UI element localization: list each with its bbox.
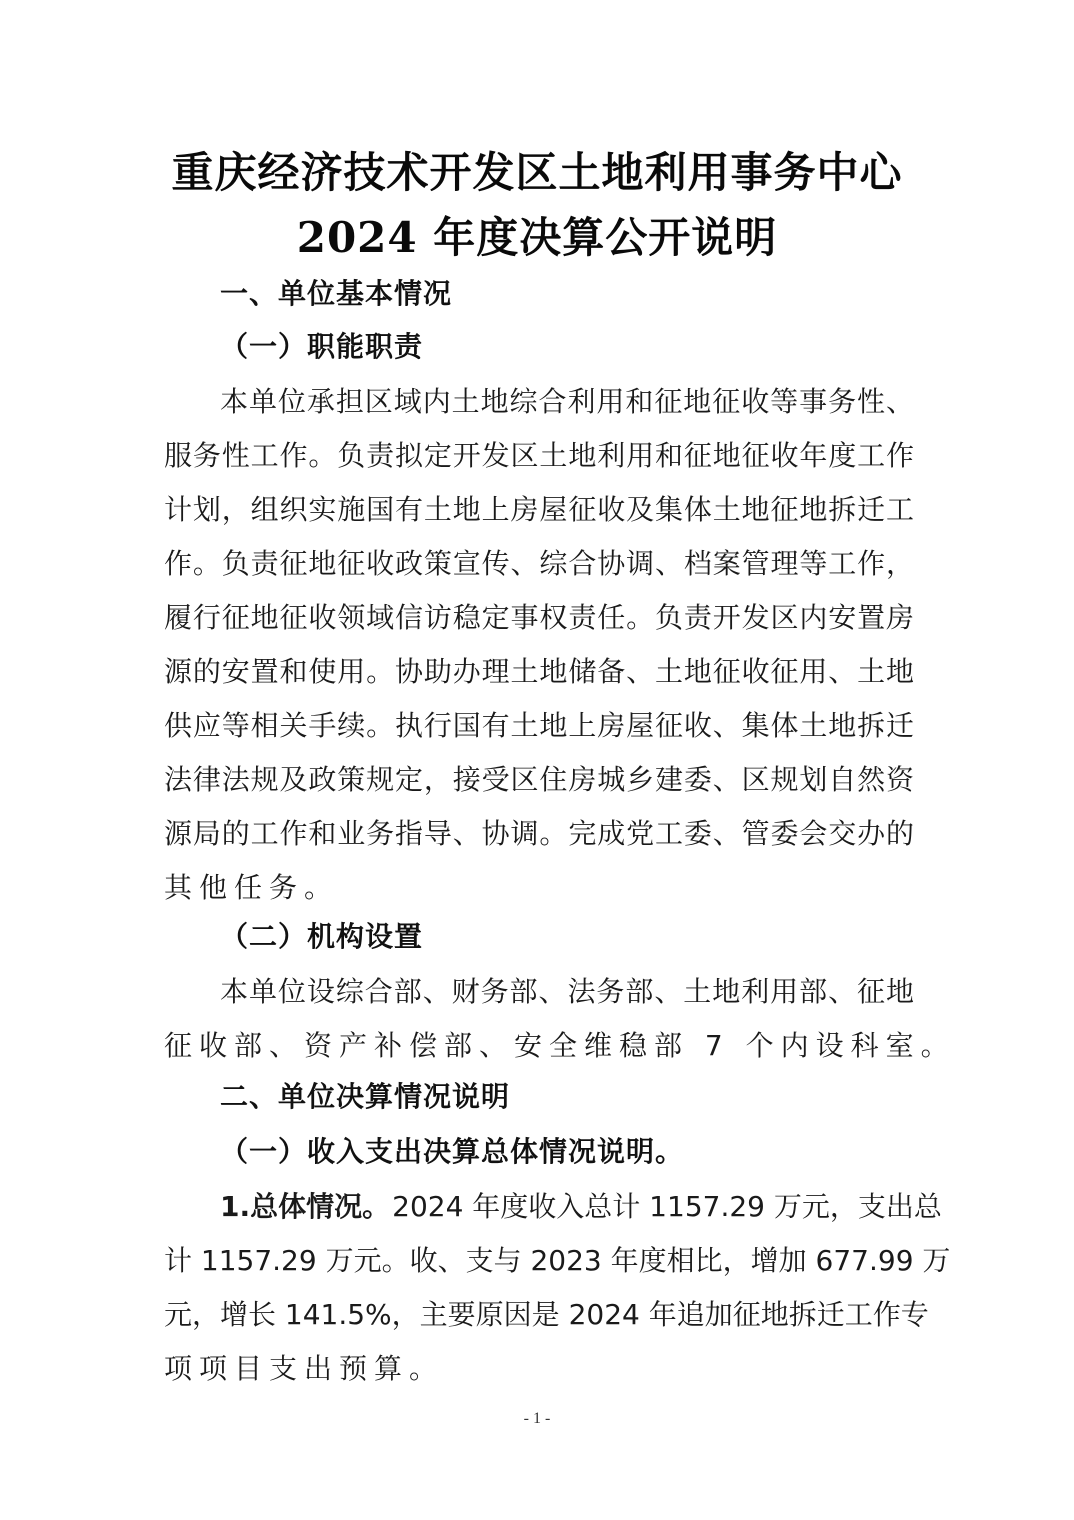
paragraph-line: 服务性工作。负责拟定开发区土地利用和征地征收年度工作	[164, 434, 914, 474]
document-title-line2: 2024 年度决算公开说明	[0, 205, 1074, 265]
paragraph-line: 其他任务。	[164, 866, 914, 906]
paragraph-line: 计 1157.29 万元。收、支与 2023 年度相比，增加 677.99 万	[164, 1239, 914, 1279]
subsection-heading-organization: （二）机构设置	[220, 915, 423, 955]
section-heading-final-accounts: 二、单位决算情况说明	[220, 1075, 510, 1115]
paragraph-line: 法律法规及政策规定，接受区住房城乡建委、区规划自然资	[164, 758, 914, 798]
paragraph-line: 供应等相关手续。执行国有土地上房屋征收、集体土地拆迁	[164, 704, 914, 744]
paragraph-line: 征收部、资产补偿部、安全维稳部 7 个内设科室。	[164, 1024, 914, 1064]
subsection-heading-income-expense: （一）收入支出决算总体情况说明。	[220, 1130, 684, 1170]
paragraph-line: 履行征地征收领域信访稳定事权责任。负责开发区内安置房	[164, 596, 914, 636]
overall-label: 1.总体情况。	[220, 1185, 390, 1225]
subsection-heading-duties: （一）职能职责	[220, 325, 423, 365]
paragraph-line: 源局的工作和业务指导、协调。完成党工委、管委会交办的	[164, 812, 914, 852]
page-number: - 1 -	[0, 1410, 1074, 1428]
paragraph-line: 项项目支出预算。	[164, 1347, 914, 1387]
paragraph-line: 计划，组织实施国有土地上房屋征收及集体土地征地拆迁工	[164, 488, 914, 528]
paragraph-line: 本单位设综合部、财务部、法务部、土地利用部、征地	[220, 970, 914, 1010]
section-heading-basic-info: 一、单位基本情况	[220, 272, 452, 312]
document-title-line1: 重庆经济技术开发区土地利用事务中心	[0, 140, 1074, 200]
paragraph-line: 元，增长 141.5%，主要原因是 2024 年追加征地拆迁工作专	[164, 1293, 914, 1333]
paragraph-line-overall: 1.总体情况。2024 年度收入总计 1157.29 万元，支出总	[220, 1185, 914, 1225]
document-page: 重庆经济技术开发区土地利用事务中心 2024 年度决算公开说明 一、单位基本情况…	[0, 0, 1074, 1520]
paragraph-line: 源的安置和使用。协助办理土地储备、土地征收征用、土地	[164, 650, 914, 690]
paragraph-line: 本单位承担区域内土地综合利用和征地征收等事务性、	[220, 380, 914, 420]
overall-text: 2024 年度收入总计 1157.29 万元，支出总	[392, 1185, 942, 1225]
paragraph-line: 作。负责征地征收政策宣传、综合协调、档案管理等工作，	[164, 542, 914, 582]
